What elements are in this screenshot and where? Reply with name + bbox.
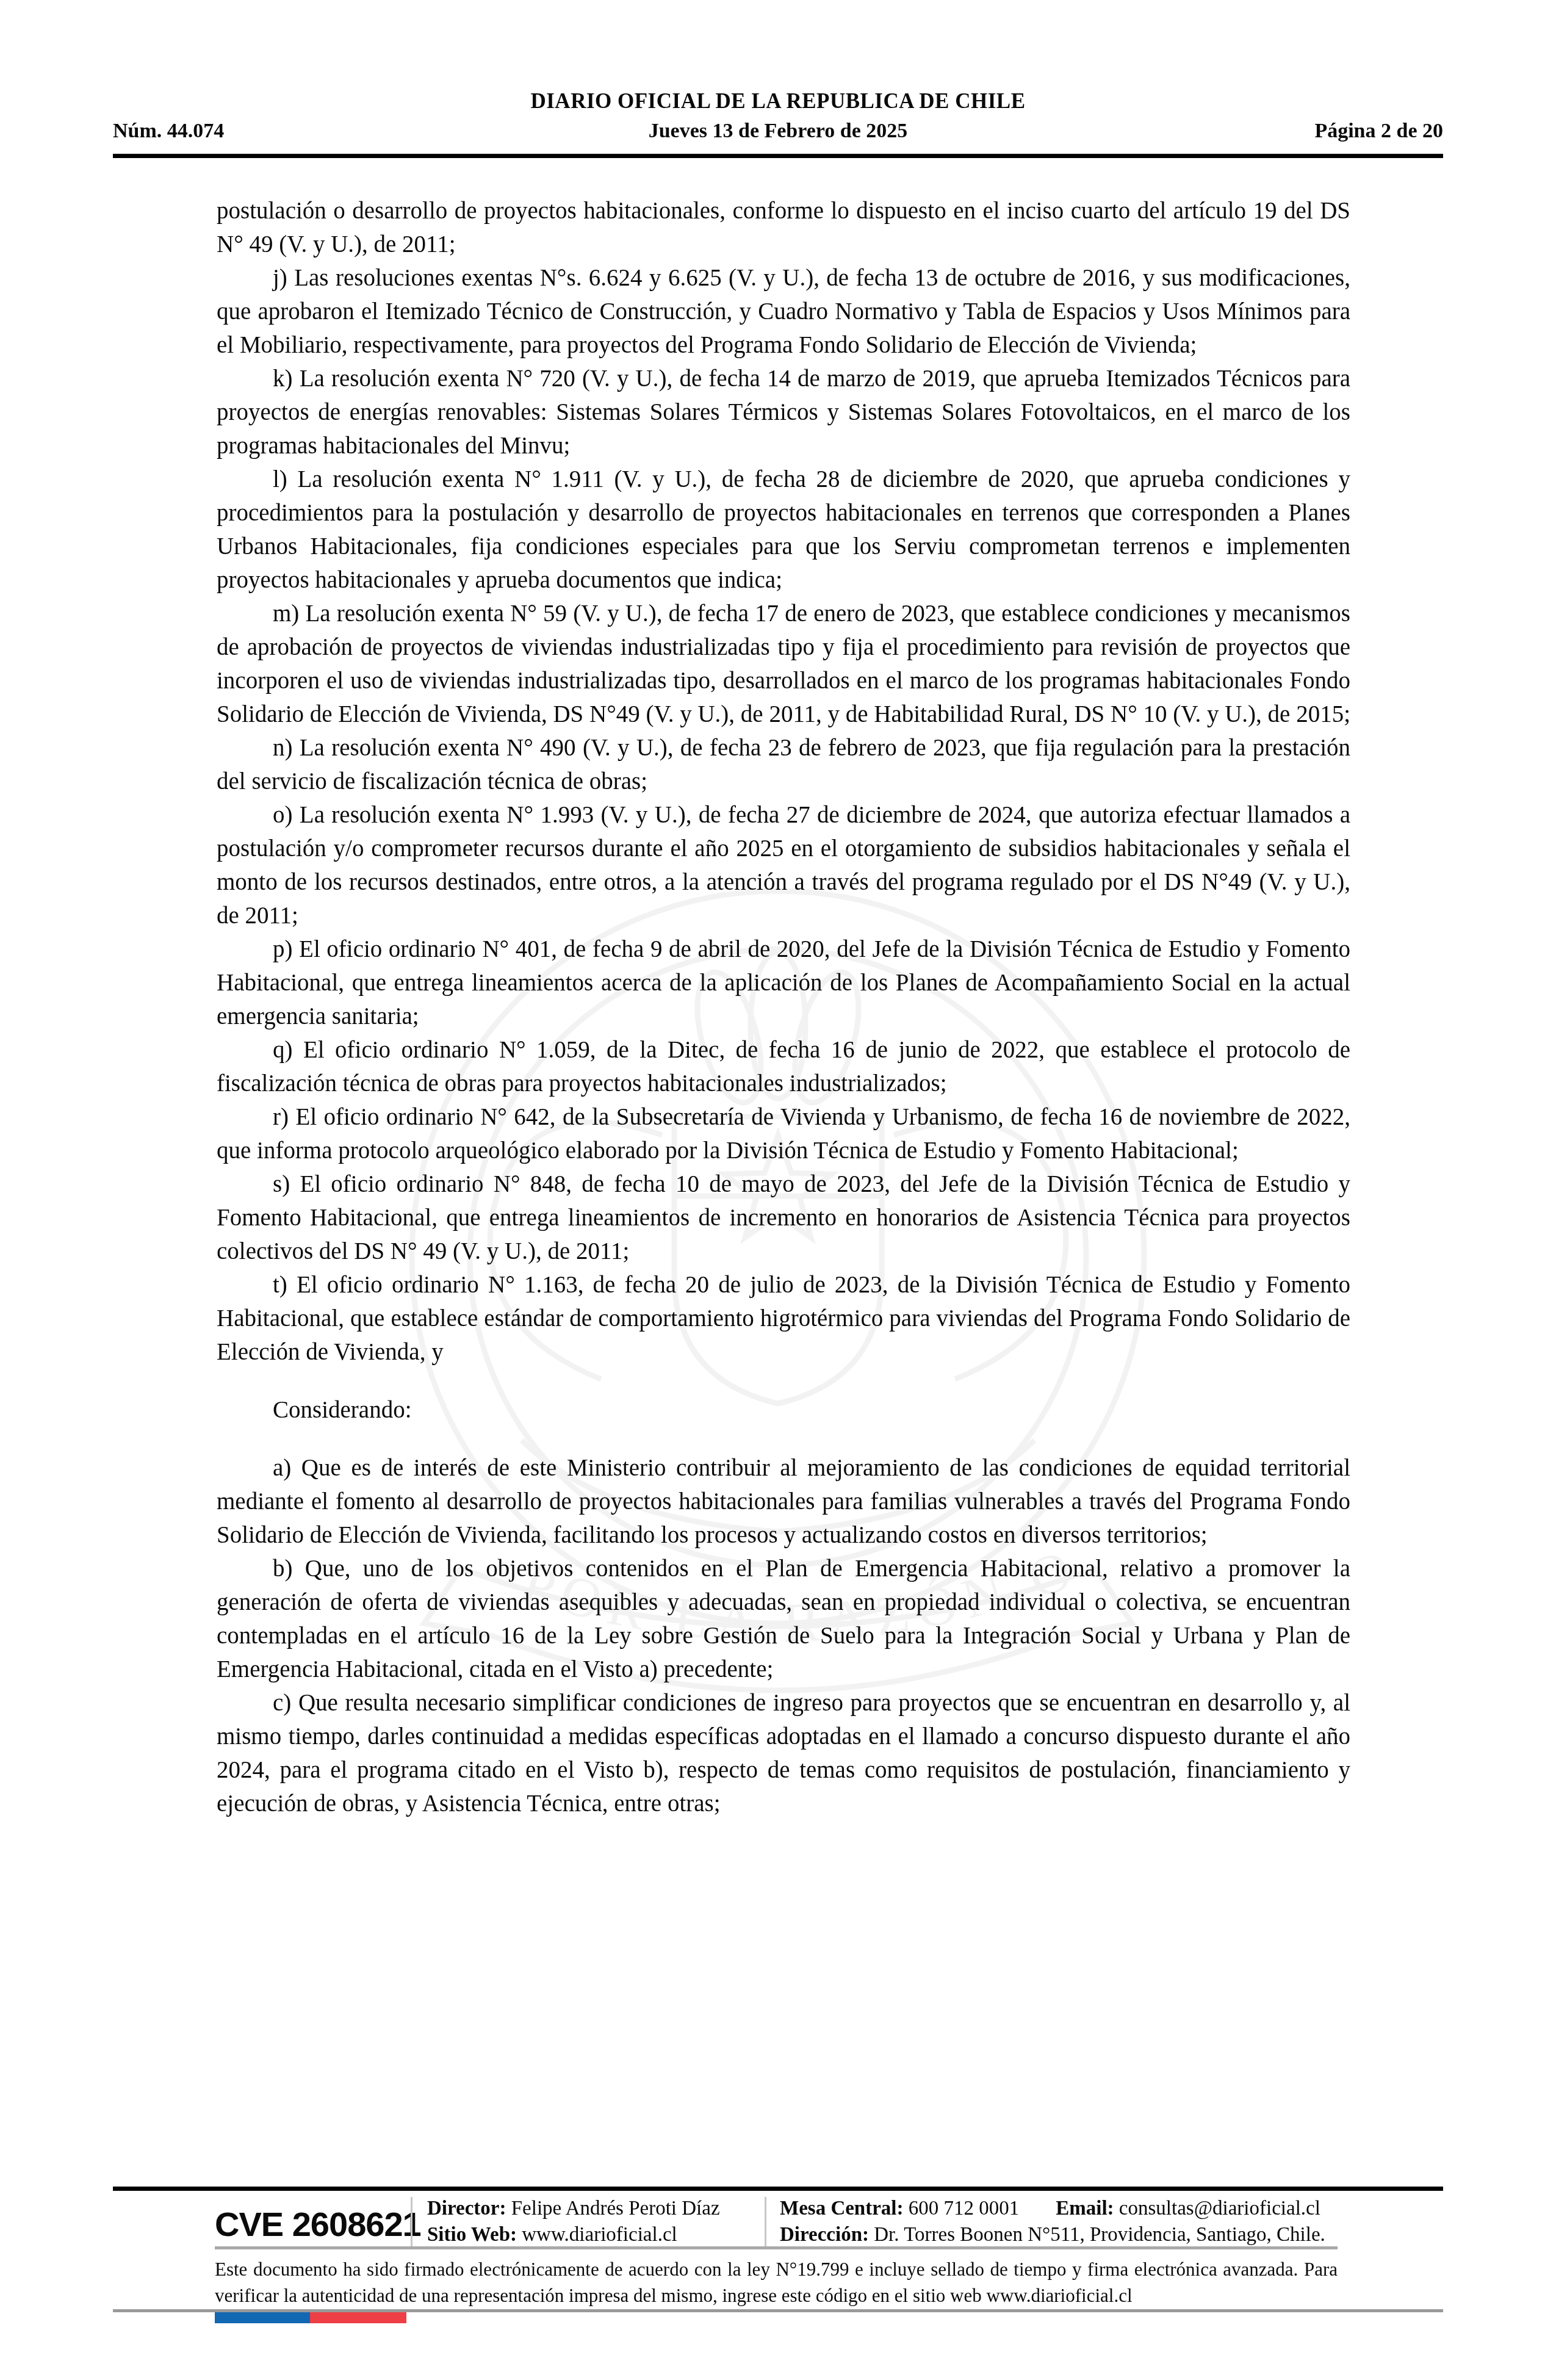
body-paragraph: p) El oficio ordinario N° 401, de fecha … bbox=[217, 932, 1350, 1033]
body-paragraph: s) El oficio ordinario N° 848, de fecha … bbox=[217, 1167, 1350, 1268]
website-label: Sitio Web: bbox=[427, 2224, 517, 2246]
email-address: consultas@diarioficial.cl bbox=[1119, 2198, 1320, 2220]
chile-flag-bar bbox=[215, 2312, 407, 2323]
address-value: Dr. Torres Boonen N°511, Providencia, Sa… bbox=[874, 2224, 1325, 2246]
newspaper-title: DIARIO OFICIAL DE LA REPUBLICA DE CHILE bbox=[0, 89, 1556, 114]
document-body: postulación o desarrollo de proyectos ha… bbox=[217, 194, 1350, 1820]
footer-address-line: Dirección: Dr. Torres Boonen N°511, Prov… bbox=[780, 2222, 1325, 2248]
signature-disclaimer: Este documento ha sido firmado electróni… bbox=[215, 2256, 1338, 2309]
disclaimer-top-rule bbox=[215, 2246, 1338, 2249]
header-rule bbox=[113, 154, 1443, 158]
body-paragraph: n) La resolución exenta N° 490 (V. y U.)… bbox=[217, 731, 1350, 798]
footer-director-line: Director: Felipe Andrés Peroti Díaz bbox=[427, 2196, 720, 2222]
footer-divider-2 bbox=[765, 2197, 766, 2248]
footer-contact-block: Mesa Central: 600 712 0001Email: consult… bbox=[780, 2196, 1325, 2248]
phone-number: 600 712 0001 bbox=[909, 2198, 1020, 2220]
document-page: DIARIO OFICIAL DE LA REPUBLICA DE CHILE … bbox=[0, 0, 1556, 2380]
flag-red-segment bbox=[310, 2312, 406, 2323]
director-label: Director: bbox=[427, 2198, 506, 2220]
body-paragraph: r) El oficio ordinario N° 642, de la Sub… bbox=[217, 1100, 1350, 1167]
footer-phone-email-line: Mesa Central: 600 712 0001Email: consult… bbox=[780, 2196, 1325, 2222]
phone-label: Mesa Central: bbox=[780, 2198, 904, 2220]
body-paragraph: m) La resolución exenta N° 59 (V. y U.),… bbox=[217, 597, 1350, 731]
body-paragraph: k) La resolución exenta N° 720 (V. y U.)… bbox=[217, 362, 1350, 463]
body-paragraph: b) Que, uno de los objetivos contenidos … bbox=[217, 1552, 1350, 1686]
footer-director-block: Director: Felipe Andrés Peroti Díaz Siti… bbox=[427, 2196, 720, 2248]
flag-blue-segment bbox=[215, 2312, 310, 2323]
address-label: Dirección: bbox=[780, 2224, 869, 2246]
body-paragraph: postulación o desarrollo de proyectos ha… bbox=[217, 194, 1350, 261]
footer-website-line: Sitio Web: www.diarioficial.cl bbox=[427, 2222, 720, 2248]
body-paragraph: q) El oficio ordinario N° 1.059, de la D… bbox=[217, 1033, 1350, 1100]
cve-code: CVE 2608621 bbox=[215, 2204, 421, 2244]
footer-divider-1 bbox=[411, 2197, 412, 2248]
body-paragraph: a) Que es de interés de este Ministerio … bbox=[217, 1451, 1350, 1552]
website-url: www.diarioficial.cl bbox=[522, 2224, 677, 2246]
body-paragraph: j) Las resoluciones exentas N°s. 6.624 y… bbox=[217, 261, 1350, 362]
footer-rule bbox=[113, 2187, 1443, 2191]
body-paragraph: c) Que resulta necesario simplificar con… bbox=[217, 1686, 1350, 1820]
body-paragraph: l) La resolución exenta N° 1.911 (V. y U… bbox=[217, 463, 1350, 597]
email-label: Email: bbox=[1056, 2198, 1114, 2220]
page-number: Página 2 de 20 bbox=[1314, 120, 1443, 143]
considerando-heading: Considerando: bbox=[217, 1393, 1350, 1427]
body-paragraph: o) La resolución exenta N° 1.993 (V. y U… bbox=[217, 798, 1350, 932]
body-paragraph: t) El oficio ordinario N° 1.163, de fech… bbox=[217, 1268, 1350, 1369]
director-name: Felipe Andrés Peroti Díaz bbox=[511, 2198, 720, 2220]
